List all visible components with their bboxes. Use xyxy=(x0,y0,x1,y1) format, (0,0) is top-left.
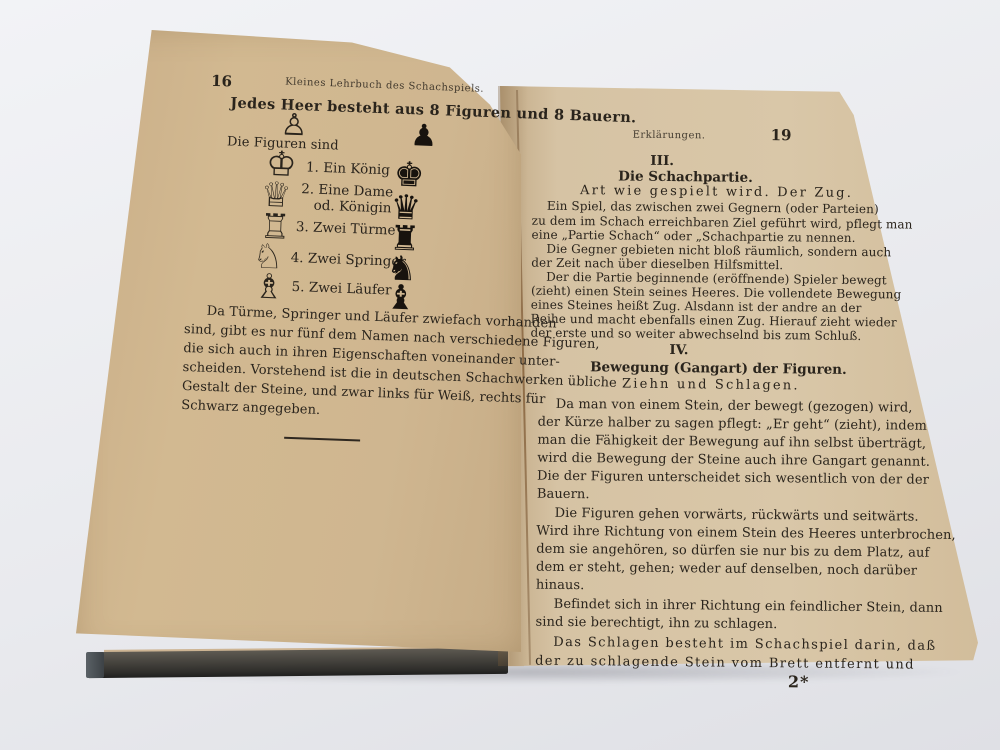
book-spine-edge xyxy=(86,652,104,678)
text-line: hinaus. xyxy=(536,576,585,596)
book-cover-board xyxy=(88,648,508,678)
page-number: 16 xyxy=(211,72,233,91)
text-line: dem er steht, gehen; weder auf denselben… xyxy=(536,558,917,581)
white-bishop-icon: ♗ xyxy=(253,269,285,304)
text-line: der erste und so weiter abwechselnd bis … xyxy=(530,324,861,346)
photo-scene: 16 Kleines Lehrbuch des Schachspiels. Je… xyxy=(0,0,1000,750)
section-title: Bewegung (Gangart) der Figuren. xyxy=(590,359,847,378)
text-line: sind sie berechtigt, ihn zu schlagen. xyxy=(535,613,777,635)
figure-label-king: 1. Ein König xyxy=(306,159,390,178)
signature-mark: 2* xyxy=(788,672,810,691)
section-numeral: III. xyxy=(650,153,674,169)
text-line: Bauern. xyxy=(537,485,590,505)
text-line: der zu schlagende Stein vom Brett entfer… xyxy=(535,652,915,675)
section-numeral: IV. xyxy=(669,342,688,358)
page-number: 19 xyxy=(771,126,792,144)
black-pawn-icon: ♟ xyxy=(410,119,438,154)
section-subtitle: Ziehn und Schlagen. xyxy=(622,377,800,394)
figure-label-queen-alt: od. Königin xyxy=(313,198,391,217)
running-head: Erklärungen. xyxy=(633,130,706,142)
